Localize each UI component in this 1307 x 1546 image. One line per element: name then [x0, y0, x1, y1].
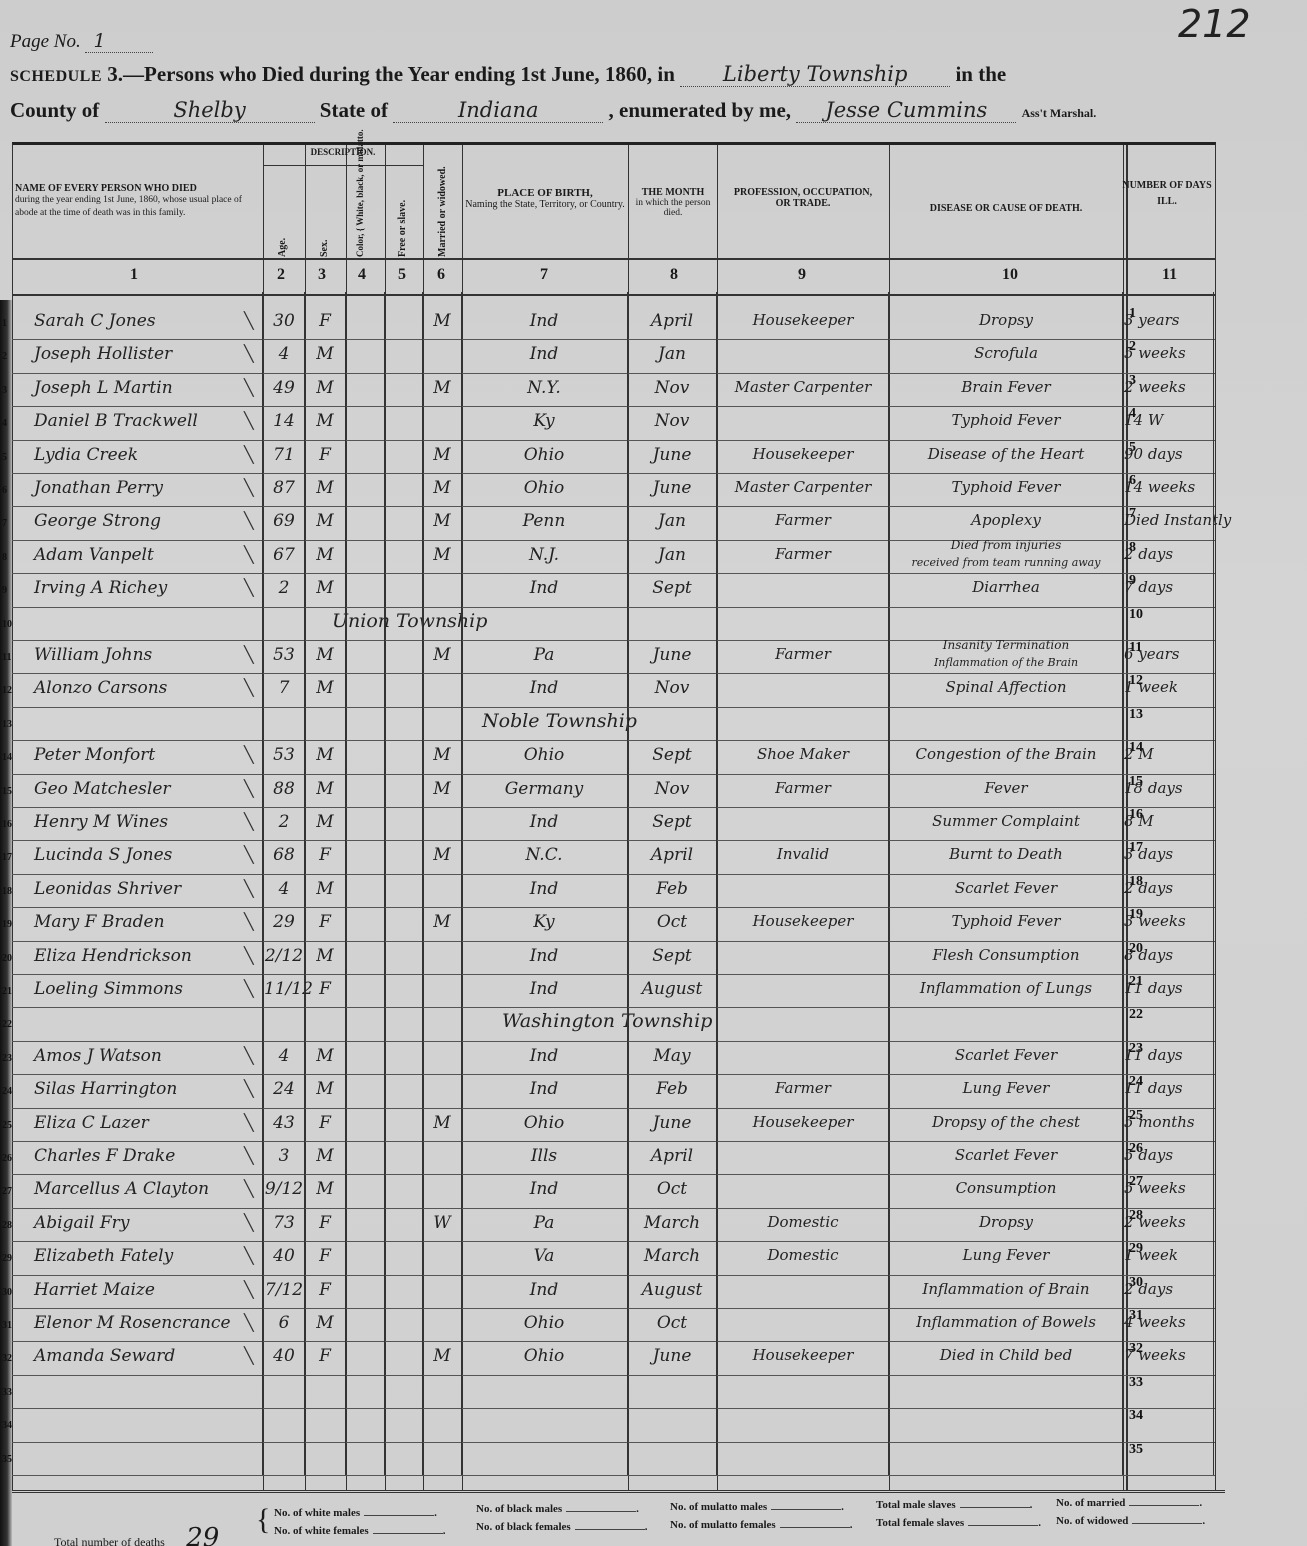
- line-number: 20: [2, 953, 12, 964]
- table-row: 88Adam Vanpelt67MMN.J.JanFarmerDied from…: [12, 540, 1215, 574]
- cell-name: Henry M Wines: [34, 812, 262, 832]
- cell-age: 29: [264, 912, 304, 932]
- cell-month: Feb: [629, 879, 715, 899]
- cell-sex: F: [306, 1246, 344, 1266]
- table-row: 77George Strong69MMPennJanFarmerApoplexy…: [12, 506, 1215, 540]
- cell-cause: Typhoid Fever: [890, 912, 1122, 930]
- tally-mark: ╲: [244, 812, 254, 832]
- line-number: 29: [2, 1253, 12, 1264]
- male-slaves: Total male slaves.: [876, 1499, 1032, 1511]
- cell-age: 24: [264, 1079, 304, 1099]
- line-number-right: 10: [1129, 607, 1143, 623]
- cell-occupation: Domestic: [718, 1246, 888, 1264]
- cell-age: 30: [264, 311, 304, 331]
- header-month-sub: in which the person died.: [629, 198, 717, 218]
- cell-month: March: [629, 1246, 715, 1266]
- state-field: Indiana: [393, 98, 603, 123]
- col-num: 11: [1162, 266, 1177, 284]
- cell-name: Amos J Watson: [34, 1046, 262, 1066]
- line-number-right: 13: [1129, 707, 1143, 723]
- tally-mark: ╲: [244, 511, 254, 531]
- cell-month: Sept: [629, 578, 715, 598]
- line-number: 6: [2, 485, 7, 496]
- cell-age: 14: [264, 411, 304, 431]
- cell-sex: M: [306, 411, 344, 431]
- cell-married: M: [424, 545, 460, 565]
- tally-mark: ╲: [244, 1346, 254, 1366]
- cell-birth: Ind: [462, 879, 626, 899]
- table-row: 11Sarah C Jones30FMIndAprilHousekeeperDr…: [12, 306, 1215, 340]
- cell-month: Oct: [629, 1179, 715, 1199]
- cell-month: Jan: [629, 511, 715, 531]
- cell-cause: Dropsy: [890, 1213, 1122, 1231]
- cell-name: Marcellus A Clayton: [34, 1179, 262, 1199]
- cell-month: June: [629, 478, 715, 498]
- tally-mark: ╲: [244, 946, 254, 966]
- tally-mark: ╲: [244, 411, 254, 431]
- cell-days: 5 weeks: [1124, 344, 1214, 362]
- table-row: 99Irving A Richey2MIndSeptDiarrhea7 days…: [12, 573, 1215, 607]
- cell-month: Oct: [629, 912, 715, 932]
- schedule-title: SCHEDULE 3.—Persons who Died during the …: [10, 62, 1006, 87]
- cell-month: Sept: [629, 812, 715, 832]
- header-cause: DISEASE OR CAUSE OF DEATH.: [889, 203, 1123, 214]
- cell-month: May: [629, 1046, 715, 1066]
- tally-mark: ╲: [244, 979, 254, 999]
- line-number: 24: [2, 1086, 12, 1097]
- cell-cause: Lung Fever: [890, 1079, 1122, 1097]
- cell-cause: Inflammation of Brain: [890, 1280, 1122, 1298]
- cell-occupation: Housekeeper: [718, 1113, 888, 1131]
- tally-mark: ╲: [244, 1046, 254, 1066]
- line-number: 25: [2, 1120, 12, 1131]
- header-month-title: THE MONTH: [629, 187, 717, 198]
- cell-name: Elenor M Rosencrance: [34, 1313, 262, 1333]
- cell-month: April: [629, 311, 715, 331]
- cell-age: 2/12: [264, 946, 304, 966]
- cell-birth: Ind: [462, 1079, 626, 1099]
- col-num: 4: [358, 266, 366, 284]
- cell-birth: Ind: [462, 1179, 626, 1199]
- cell-birth: Ind: [462, 1280, 626, 1300]
- cell-month: Jan: [629, 545, 715, 565]
- col-num: 8: [670, 266, 678, 284]
- table-row: 1818Leonidas Shriver4MIndFebScarlet Feve…: [12, 874, 1215, 908]
- line-number: 15: [2, 786, 12, 797]
- township-divider-row: 2222Washington Township: [12, 1007, 1215, 1041]
- cell-cause: Burnt to Death: [890, 845, 1122, 863]
- col-num: 10: [1002, 266, 1018, 284]
- cell-sex: F: [306, 1280, 344, 1300]
- county-line: County of Shelby State of Indiana , enum…: [10, 98, 1096, 123]
- cell-sex: M: [306, 378, 344, 398]
- cell-age: 67: [264, 545, 304, 565]
- cell-birth: Ohio: [462, 1346, 626, 1366]
- cell-sex: M: [306, 1046, 344, 1066]
- col-divider: [1213, 292, 1214, 1475]
- line-number-right: 33: [1129, 1375, 1143, 1391]
- cell-married: M: [424, 645, 460, 665]
- cell-cause: Inflammation of Lungs: [890, 979, 1122, 997]
- cell-married: M: [424, 445, 460, 465]
- table-row: 1919Mary F Braden29FMKyOctHousekeeperTyp…: [12, 907, 1215, 941]
- table-row: 1616Henry M Wines2MIndSeptSummer Complai…: [12, 807, 1215, 841]
- cell-age: 68: [264, 845, 304, 865]
- cell-age: 11/12: [264, 979, 304, 999]
- table-row: 1111William Johns53MMPaJuneFarmerInsanit…: [12, 640, 1215, 674]
- line-number: 13: [2, 719, 12, 730]
- cell-name: Harriet Maize: [34, 1280, 262, 1300]
- cell-birth: Ind: [462, 678, 626, 698]
- col-num: 3: [318, 266, 326, 284]
- table-row: 1515Geo Matchesler88MMGermanyNovFarmerFe…: [12, 774, 1215, 808]
- cell-occupation: Farmer: [718, 1079, 888, 1097]
- cell-age: 6: [264, 1313, 304, 1333]
- tally-mark: ╲: [244, 344, 254, 364]
- cell-occupation: Housekeeper: [718, 912, 888, 930]
- cell-age: 3: [264, 1146, 304, 1166]
- table-row: 2121Loeling Simmons11/12FIndAugustInflam…: [12, 974, 1215, 1008]
- cell-occupation: Farmer: [718, 779, 888, 797]
- cell-days: 5 months: [1124, 1113, 1214, 1131]
- cell-month: June: [629, 1346, 715, 1366]
- line-number: 17: [2, 852, 12, 863]
- tally-mark: ╲: [244, 378, 254, 398]
- tally-mark: ╲: [244, 545, 254, 565]
- cell-month: April: [629, 1146, 715, 1166]
- cell-name: Lucinda S Jones: [34, 845, 262, 865]
- enumerator-field: Jesse Cummins: [796, 98, 1016, 123]
- cell-age: 53: [264, 745, 304, 765]
- cell-days: 2 days: [1124, 879, 1214, 897]
- cell-cause: Scarlet Fever: [890, 879, 1122, 897]
- cell-cause-continued: received from team running away: [890, 556, 1122, 569]
- cell-days: 2 M: [1124, 745, 1214, 763]
- cell-birth: Ind: [462, 1046, 626, 1066]
- cell-name: Daniel B Trackwell: [34, 411, 262, 431]
- cell-age: 4: [264, 344, 304, 364]
- cell-month: June: [629, 645, 715, 665]
- cell-married: M: [424, 511, 460, 531]
- line-number: 3: [2, 385, 7, 396]
- cell-married: M: [424, 378, 460, 398]
- cell-days: 8 M: [1124, 812, 1214, 830]
- tally-mark: ╲: [244, 311, 254, 331]
- col-divider: [304, 292, 305, 1475]
- page-no-value: 1: [85, 30, 153, 53]
- married-label: No. of married: [1056, 1497, 1125, 1509]
- cell-age: 4: [264, 879, 304, 899]
- widowed-count: No. of widowed.: [1056, 1515, 1205, 1527]
- table-row: 22Joseph Hollister4MIndJanScrofula5 week…: [12, 339, 1215, 373]
- cell-name: Irving A Richey: [34, 578, 262, 598]
- cell-cause: Fever: [890, 779, 1122, 797]
- brace: {: [256, 1503, 270, 1537]
- cell-month: August: [629, 979, 715, 999]
- married-count: No. of married.: [1056, 1497, 1202, 1509]
- tally-mark: ╲: [244, 845, 254, 865]
- cell-sex: M: [306, 1079, 344, 1099]
- cell-sex: M: [306, 812, 344, 832]
- cell-birth: Ind: [462, 979, 626, 999]
- cell-name: Peter Monfort: [34, 745, 262, 765]
- line-number: 21: [2, 986, 12, 997]
- tally-mark: ╲: [244, 1146, 254, 1166]
- table-row: 44Daniel B Trackwell14MKyNovTyphoid Feve…: [12, 406, 1215, 440]
- table-row: 3333: [12, 1375, 1215, 1409]
- cell-sex: F: [306, 311, 344, 331]
- cell-cause: Insanity Termination: [890, 638, 1122, 652]
- cell-name: Leonidas Shriver: [34, 879, 262, 899]
- header-name-sub: during the year ending 1st June, 1860, w…: [15, 194, 260, 220]
- cell-month: June: [629, 1113, 715, 1133]
- cell-birth: Ind: [462, 344, 626, 364]
- header-sex: Sex.: [319, 240, 330, 258]
- cell-occupation: Domestic: [718, 1213, 888, 1231]
- table-row: 3535: [12, 1442, 1215, 1476]
- table-row: 55Lydia Creek71FMOhioJuneHousekeeperDise…: [12, 440, 1215, 474]
- cell-age: 88: [264, 779, 304, 799]
- schedule-text: 3.—Persons who Died during the Year endi…: [107, 62, 675, 86]
- table-row: 1212Alonzo Carsons7MIndNovSpinal Affecti…: [12, 673, 1215, 707]
- table-row: 2424Silas Harrington24MIndFebFarmerLung …: [12, 1074, 1215, 1108]
- header-occupation: PROFESSION, OCCUPATION, OR TRADE.: [733, 187, 873, 209]
- cell-sex: M: [306, 545, 344, 565]
- cell-sex: M: [306, 1313, 344, 1333]
- cell-age: 71: [264, 445, 304, 465]
- cell-days: 8 days: [1124, 946, 1214, 964]
- line-number: 16: [2, 819, 12, 830]
- cell-cause: Scarlet Fever: [890, 1146, 1122, 1164]
- line-number: 32: [2, 1353, 12, 1364]
- line-number: 18: [2, 886, 12, 897]
- table-row: 2727Marcellus A Clayton9/12MIndOctConsum…: [12, 1174, 1215, 1208]
- cell-birth: Ohio: [462, 1313, 626, 1333]
- line-number: 14: [2, 752, 12, 763]
- table-row: 1717Lucinda S Jones68FMN.C.AprilInvalidB…: [12, 840, 1215, 874]
- township-heading: Washington Township: [502, 1010, 712, 1032]
- cell-cause: Died from injuries: [890, 538, 1122, 552]
- cell-days: 1 week: [1124, 1246, 1214, 1264]
- line-number: 28: [2, 1220, 12, 1231]
- header-name-title: NAME OF EVERY PERSON WHO DIED: [15, 183, 260, 194]
- cell-name: Sarah C Jones: [34, 311, 262, 331]
- cell-married: W: [424, 1213, 460, 1233]
- county-label: County of: [10, 98, 99, 122]
- cell-sex: M: [306, 645, 344, 665]
- cell-cause: Consumption: [890, 1179, 1122, 1197]
- cell-days: 2 weeks: [1124, 378, 1214, 396]
- line-number: 1: [2, 318, 7, 329]
- cell-birth: Va: [462, 1246, 626, 1266]
- tally-mark: ╲: [244, 478, 254, 498]
- line-number-right: 34: [1129, 1408, 1143, 1424]
- cell-age: 69: [264, 511, 304, 531]
- line-number: 31: [2, 1320, 12, 1331]
- cell-birth: Penn: [462, 511, 626, 531]
- cell-occupation: Farmer: [718, 545, 888, 563]
- cell-sex: M: [306, 1179, 344, 1199]
- header-month: THE MONTH in which the person died.: [629, 187, 717, 218]
- cell-sex: F: [306, 1113, 344, 1133]
- widowed-label: No. of widowed: [1056, 1515, 1128, 1527]
- cell-birth: N.C.: [462, 845, 626, 865]
- col-divider: [262, 292, 263, 1475]
- cell-name: Jonathan Perry: [34, 478, 262, 498]
- cell-month: March: [629, 1213, 715, 1233]
- total-deaths: Total number of deaths 29: [54, 1523, 238, 1546]
- cell-birth: Ills: [462, 1146, 626, 1166]
- cell-days: 7 weeks: [1124, 1346, 1214, 1364]
- header-color: Color, { White, black, or mulatto.: [355, 129, 365, 257]
- line-number: 5: [2, 452, 7, 463]
- cell-birth: N.Y.: [462, 378, 626, 398]
- cell-cause: Flesh Consumption: [890, 946, 1122, 964]
- cell-sex: F: [306, 912, 344, 932]
- cell-married: M: [424, 311, 460, 331]
- cell-occupation: Housekeeper: [718, 1346, 888, 1364]
- female-slaves-label: Total female slaves: [876, 1517, 964, 1529]
- cell-sex: F: [306, 445, 344, 465]
- cell-cause: Apoplexy: [890, 511, 1122, 529]
- cell-cause: Dropsy of the chest: [890, 1113, 1122, 1131]
- cell-occupation: Shoe Maker: [718, 745, 888, 763]
- cell-name: Eliza Hendrickson: [34, 946, 262, 966]
- white-males: No. of white males.: [274, 1507, 437, 1519]
- cell-month: June: [629, 445, 715, 465]
- cell-month: Oct: [629, 1313, 715, 1333]
- header-free-slave: Free or slave.: [397, 200, 408, 257]
- tally-mark: ╲: [244, 1079, 254, 1099]
- cell-age: 43: [264, 1113, 304, 1133]
- cell-age: 2: [264, 578, 304, 598]
- header-age: Age.: [277, 238, 288, 257]
- sheet-number: 212: [1178, 2, 1251, 46]
- tally-mark: ╲: [244, 1213, 254, 1233]
- cell-occupation: Housekeeper: [718, 311, 888, 329]
- cell-birth: Germany: [462, 779, 626, 799]
- col-num: 5: [398, 266, 406, 284]
- census-page: Page No. 1 212 SCHEDULE 3.—Persons who D…: [0, 0, 1307, 1546]
- col-divider: [627, 292, 628, 1475]
- cell-name: Eliza C Lazer: [34, 1113, 262, 1133]
- cell-days: 1 week: [1124, 678, 1214, 696]
- black-females-label: No. of black females: [476, 1521, 571, 1533]
- cell-cause: Brain Fever: [890, 378, 1122, 396]
- cell-days: 14 W: [1124, 411, 1214, 429]
- cell-sex: M: [306, 879, 344, 899]
- tally-mark: ╲: [244, 445, 254, 465]
- cell-age: 4: [264, 1046, 304, 1066]
- cell-name: George Strong: [34, 511, 262, 531]
- cell-name: Elizabeth Fately: [34, 1246, 262, 1266]
- cell-days: 11 days: [1124, 1046, 1214, 1064]
- line-number-right: 22: [1129, 1007, 1143, 1023]
- cell-sex: M: [306, 478, 344, 498]
- cell-cause: Typhoid Fever: [890, 478, 1122, 496]
- table-row: 1414Peter Monfort53MMOhioSeptShoe MakerC…: [12, 740, 1215, 774]
- cell-sex: M: [306, 678, 344, 698]
- cell-days: 11 days: [1124, 979, 1214, 997]
- cell-sex: F: [306, 1346, 344, 1366]
- table-row: 2020Eliza Hendrickson2/12MIndSeptFlesh C…: [12, 941, 1215, 975]
- mulatto-males-label: No. of mulatto males: [670, 1501, 767, 1513]
- cell-days: 5 weeks: [1124, 1179, 1214, 1197]
- tally-mark: ╲: [244, 645, 254, 665]
- cell-sex: F: [306, 845, 344, 865]
- cell-birth: Ky: [462, 912, 626, 932]
- marshal-label: Ass't Marshal.: [1022, 106, 1097, 120]
- black-females: No. of black females.: [476, 1521, 647, 1533]
- cell-age: 87: [264, 478, 304, 498]
- cell-age: 2: [264, 812, 304, 832]
- cell-cause: Spinal Affection: [890, 678, 1122, 696]
- cell-cause: Inflammation of Bowels: [890, 1313, 1122, 1331]
- total-deaths-value: 29: [168, 1523, 238, 1546]
- white-females-label: No. of white females: [274, 1525, 369, 1537]
- table-row: 2626Charles F Drake3MIllsAprilScarlet Fe…: [12, 1141, 1215, 1175]
- header-birthplace: PLACE OF BIRTH, Naming the State, Territ…: [462, 187, 628, 210]
- table-row: 2323Amos J Watson4MIndMayScarlet Fever11…: [12, 1041, 1215, 1075]
- cell-birth: N.J.: [462, 545, 626, 565]
- line-number: 7: [2, 518, 7, 529]
- cell-sex: M: [306, 779, 344, 799]
- cell-name: Alonzo Carsons: [34, 678, 262, 698]
- cell-days: 4 weeks: [1124, 1313, 1214, 1331]
- white-males-label: No. of white males: [274, 1507, 360, 1519]
- line-number: 10: [2, 619, 12, 630]
- line-number: 33: [2, 1387, 12, 1398]
- cell-name: Joseph L Martin: [34, 378, 262, 398]
- col-divider: [384, 292, 385, 1475]
- cell-name: William Johns: [34, 645, 262, 665]
- cell-days: 90 days: [1124, 445, 1214, 463]
- cell-occupation: Farmer: [718, 511, 888, 529]
- line-number: 30: [2, 1287, 12, 1298]
- cell-month: Nov: [629, 678, 715, 698]
- cell-birth: Ohio: [462, 745, 626, 765]
- cell-age: 7: [264, 678, 304, 698]
- mulatto-females-label: No. of mulatto females: [670, 1519, 776, 1531]
- header-birthplace-sub: Naming the State, Territory, or Country.: [462, 199, 628, 210]
- mulatto-males: No. of mulatto males.: [670, 1501, 844, 1513]
- cell-month: Sept: [629, 946, 715, 966]
- mulatto-females: No. of mulatto females.: [670, 1519, 852, 1531]
- cell-name: Joseph Hollister: [34, 344, 262, 364]
- col-num: 2: [277, 266, 285, 284]
- cell-name: Abigail Fry: [34, 1213, 262, 1233]
- cell-days: Died Instantly: [1124, 511, 1214, 529]
- page-no-label: Page No.: [10, 31, 81, 52]
- header-birthplace-title: PLACE OF BIRTH,: [462, 187, 628, 199]
- cell-days: 7 days: [1124, 578, 1214, 596]
- line-number: 35: [2, 1454, 12, 1465]
- line-number: 27: [2, 1186, 12, 1197]
- cell-month: August: [629, 1280, 715, 1300]
- table-row: 3030Harriet Maize7/12FIndAugustInflammat…: [12, 1275, 1215, 1309]
- line-number: 4: [2, 418, 7, 429]
- cell-sex: M: [306, 578, 344, 598]
- cell-cause: Died in Child bed: [890, 1346, 1122, 1364]
- cell-days: 3 days: [1124, 845, 1214, 863]
- cell-days: 11 days: [1124, 1079, 1214, 1097]
- cell-age: 9/12: [264, 1179, 304, 1199]
- cell-days: 14 weeks: [1124, 478, 1214, 496]
- cell-days: 3 weeks: [1124, 912, 1214, 930]
- township-heading: Union Township: [332, 610, 487, 632]
- tally-mark: ╲: [244, 912, 254, 932]
- tally-mark: ╲: [244, 745, 254, 765]
